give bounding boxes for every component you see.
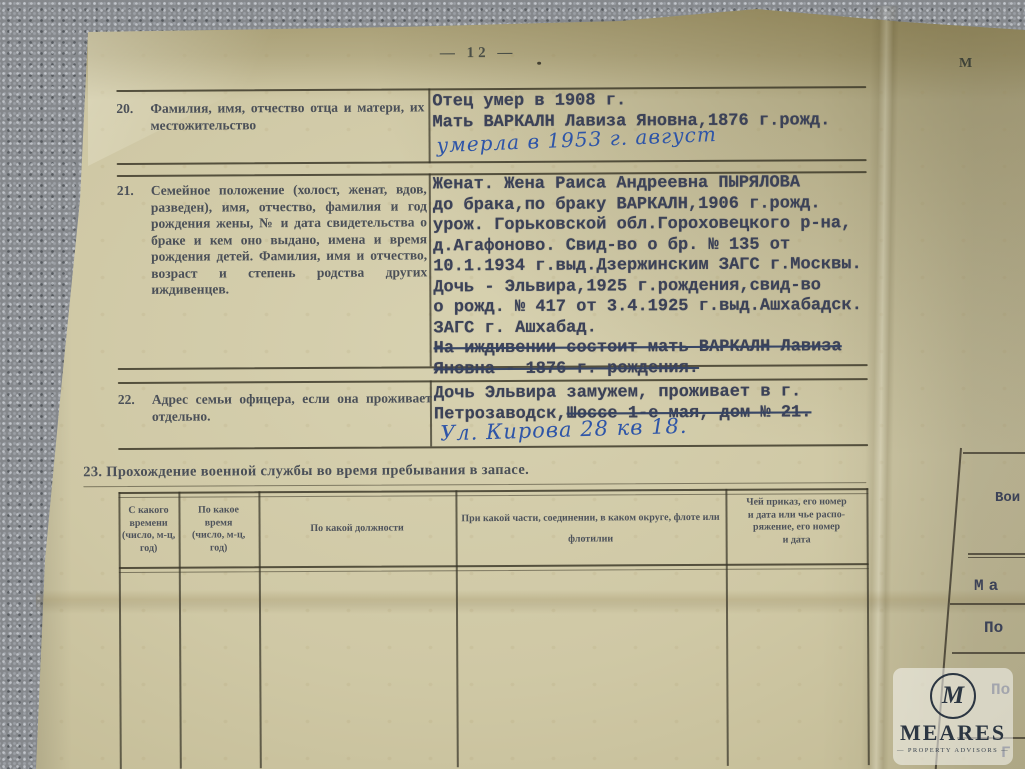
typed-line: ЗАГС г. Ашхабад.: [433, 317, 862, 340]
watermark-tagline: — PROPERTY ADVISORS —: [897, 747, 1009, 754]
adjacent-column-header: Вои: [995, 490, 1020, 506]
adjacent-rule: [952, 652, 1025, 654]
col-header-position: По какой должности: [261, 522, 454, 536]
rule-row20-bottom: [117, 159, 867, 165]
typed-line: Дочь Эльвира замужем, проживает в г.: [434, 381, 812, 404]
field-22-label: 22. Адрес семьи офицера, если она прожив…: [152, 390, 432, 424]
typed-line-struck: Яновна - 1876 г. рождения.: [434, 358, 863, 381]
field-21-label: 21. Семейное положение (холост, женат, в…: [151, 181, 428, 298]
rule-header-bottom-2: [119, 568, 869, 573]
adjacent-rule: [968, 553, 1025, 555]
field-20-number: 20.: [116, 101, 133, 118]
typed-line: 10.1.1934 г.выд.Дзержинским ЗАГС г.Москв…: [433, 255, 862, 278]
watermark-name: MEARES: [900, 720, 1006, 746]
col-header-to-date: По какое время (число, м-ц, год): [180, 504, 256, 554]
typed-line: Отец умер в 1908 г.: [432, 89, 830, 112]
col-header-unit: При какой части, соединении, в каком окр…: [457, 507, 723, 550]
col-header-order: Чей приказ, его номер и дата или чье рас…: [728, 496, 864, 547]
typed-line: до брака,по браку ВАРКАЛН,1906 г.рожд.: [433, 194, 862, 217]
divider-row21: [429, 173, 432, 366]
typed-line-struck: На иждивении состоит мать ВАРКАЛН Лавиза: [434, 337, 863, 360]
adjacent-top-text: М: [959, 56, 975, 72]
field-20-label: 20. Фамилия, имя, отчество отца и матери…: [150, 99, 424, 133]
rule-row22-bottom: [118, 444, 868, 450]
field-21-number: 21.: [117, 183, 134, 200]
section-23-heading: 23. Прохождение военной службы во время …: [83, 460, 866, 481]
ink-speck: [537, 62, 541, 65]
table-column-line: [866, 488, 870, 765]
meares-watermark: M MEARES — PROPERTY ADVISORS —: [893, 668, 1013, 765]
divider-row20: [428, 88, 431, 163]
rule-heading-underline: [83, 482, 866, 487]
field-21-typed-entry: Женат. Жена Раиса Андреевна ПЫРЯЛОВА до …: [433, 173, 863, 380]
typed-line: о рожд. № 417 от 3.4.1925 г.выд.Ашхабадс…: [433, 296, 862, 319]
adjacent-rule: [950, 603, 1025, 605]
page-number: — 12 —: [393, 45, 563, 63]
adjacent-rule: [963, 452, 1025, 454]
adjacent-cell-text: По: [984, 619, 1003, 637]
meares-logo-icon: M: [930, 673, 976, 719]
photo-scene: — 12 — 20. Фамилия, имя, отчество отца и…: [0, 0, 1025, 769]
typed-line: Женат. Жена Раиса Андреевна ПЫРЯЛОВА: [433, 173, 862, 196]
typed-line: Дочь - Эльвира,1925 г.рождения,свид-во: [433, 276, 862, 299]
field-22-number: 22.: [118, 392, 135, 409]
typed-line: урож. Горьковской обл.Гороховецкого р-на…: [433, 214, 862, 237]
col-header-from-date: С какого времени (число, м-ц, год): [120, 505, 176, 555]
typed-line: д.Агафоново. Свид-во о бр. № 135 от: [433, 235, 862, 258]
adjacent-rule: [968, 557, 1025, 558]
form-page: — 12 — 20. Фамилия, имя, отчество отца и…: [0, 0, 1025, 769]
adjacent-cell-text: Ма: [974, 577, 1003, 595]
